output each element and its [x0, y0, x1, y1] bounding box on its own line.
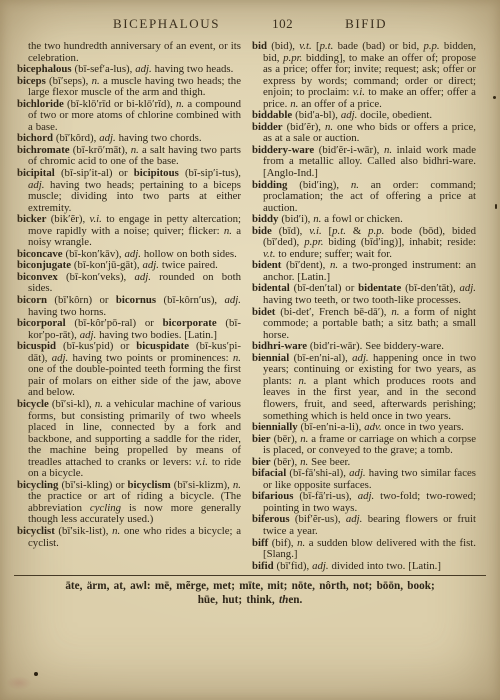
page-number: 102 [272, 16, 293, 32]
dictionary-entry: bier (bēr), n. a frame or carriage on wh… [252, 434, 476, 457]
dictionary-entry: bichloride (bī-klō′rīd or bi-klō′rĭd), n… [17, 99, 241, 134]
text-columns: the two hundredth anniversary of an even… [17, 41, 483, 572]
guideword-right: BIFID [345, 16, 387, 32]
scan-speck [495, 204, 497, 209]
dictionary-entry: bifid (bī′fid), adj. divided into two. [… [252, 561, 476, 573]
dictionary-entry: bidder (bid′ẽr), n. one who bids or offe… [252, 122, 476, 145]
left-column: the two hundredth anniversary of an even… [17, 41, 241, 572]
scan-speck [34, 672, 38, 676]
dictionary-entry: bifarious (bī-fā′ri-us), adj. two-fold; … [252, 491, 476, 514]
entry-continuation: the two hundredth anniversary of an even… [17, 41, 241, 64]
right-column: bid (bid), v.t. [p.t. bade (bad) or bid,… [252, 41, 476, 572]
paper-stain [6, 676, 32, 690]
guideword-left: BICEPHALOUS [113, 16, 220, 32]
dictionary-entry: bide (bīd), v.i. [p.t. & p.p. bode (bōd)… [252, 226, 476, 261]
pronunciation-key-line-1: āte, ärm, at, awl: mē, mẽrge, met; mīte,… [17, 580, 483, 594]
dictionary-entry: bicuspid (bī-kus′pid) or bicuspidate (bī… [17, 341, 241, 399]
dictionary-entry: biddery-ware (bid′ẽr-i-wār), n. inlaid w… [252, 145, 476, 180]
dictionary-entry: bicorporal (bī-kôr′pō-ral) or bicorporat… [17, 318, 241, 341]
pronunciation-key: āte, ärm, at, awl: mē, mẽrge, met; mīte,… [17, 580, 483, 607]
pronunciation-key-line-2: hūe, hut; think, then. [17, 594, 483, 608]
dictionary-entry: biceps (bī′seps), n. a muscle having two… [17, 76, 241, 99]
dictionary-page: BICEPHALOUS 102 BIFID the two hundredth … [0, 0, 500, 700]
page-header: BICEPHALOUS 102 BIFID [17, 16, 483, 32]
dictionary-entry: biferous (bif′ẽr-us), adj. bearing flowe… [252, 514, 476, 537]
dictionary-entry: bifacial (bī-fā′shi-al), adj. having two… [252, 468, 476, 491]
dictionary-entry: bichromate (bī-krō′māt), n. a salt havin… [17, 145, 241, 168]
dictionary-entry: biennial (bī-en′ni-al), adj. happening o… [252, 353, 476, 422]
dictionary-entry: bicorn (bī′kôrn) or bicornus (bī-kôrn′us… [17, 295, 241, 318]
dictionary-entry: bidet (bi-det′, French bē-dā′), n. a for… [252, 307, 476, 342]
dictionary-entry: biff (bif), n. a sudden blow delivered w… [252, 538, 476, 561]
dictionary-entry: bicker (bik′ẽr), v.i. to engage in petty… [17, 214, 241, 249]
dictionary-entry: biconvex (bī-kon′veks), adj. rounded on … [17, 272, 241, 295]
dictionary-entry: bicipital (bī-sip′it-al) or bicipitous (… [17, 168, 241, 214]
dictionary-entry: bident (bī′dent), n. a two-pronged instr… [252, 260, 476, 283]
dictionary-entry: bicycling (bī′si-kling) or bicyclism (bī… [17, 480, 241, 526]
dictionary-entry: bicyclist (bī′sik-list), n. one who ride… [17, 526, 241, 549]
dictionary-entry: bid (bid), v.t. [p.t. bade (bad) or bid,… [252, 41, 476, 110]
scan-speck [493, 96, 496, 99]
footer-rule [14, 575, 486, 576]
dictionary-entry: bidding (bid′ing), n. an order: command;… [252, 180, 476, 215]
dictionary-entry: bicycle (bī′si-kl), n. a vehicular machi… [17, 399, 241, 480]
dictionary-entry: bidental (bī-den′tal) or bidentate (bī-d… [252, 283, 476, 306]
